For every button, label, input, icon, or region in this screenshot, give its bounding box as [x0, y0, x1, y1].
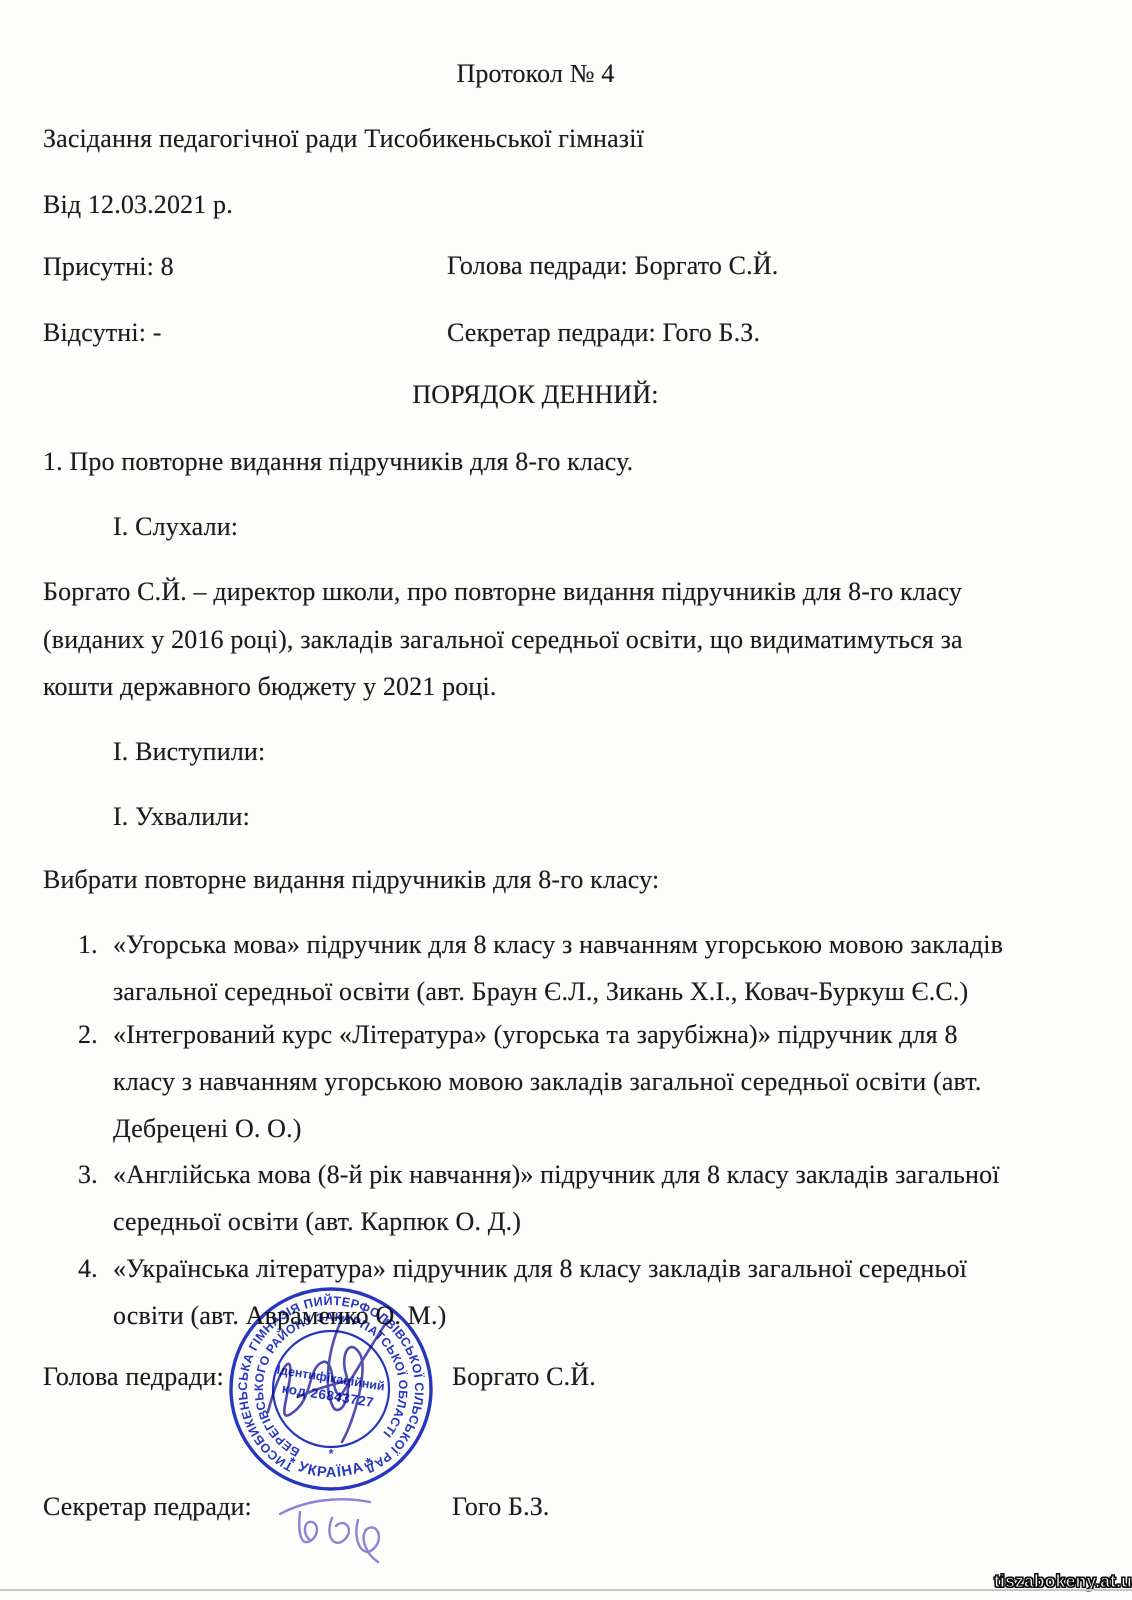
book-3-line-2: середньої освіти (авт. Карпюк О. Д.): [113, 1209, 521, 1235]
document-title: Протокол № 4: [43, 61, 1028, 87]
book-2-number: 2.: [78, 1022, 98, 1048]
secretary-signature: [274, 1484, 399, 1574]
scanned-protocol-page: Протокол № 4 Засідання педагогічної ради…: [0, 0, 1132, 1600]
book-2-line-2: класу з навчанням угорською мовою заклад…: [113, 1069, 982, 1095]
resolved-heading: І. Ухвалили:: [113, 804, 250, 830]
absent-line: Відсутні: -: [43, 320, 162, 346]
book-2-line-3: Дебрецені О. О.): [113, 1116, 302, 1142]
resolution-intro: Вибрати повторне видання підручників для…: [43, 867, 659, 893]
meeting-subtitle: Засідання педагогічної ради Тисобикеньсь…: [43, 126, 644, 152]
agenda-heading: ПОРЯДОК ДЕННИЙ:: [43, 382, 1028, 408]
book-3-number: 3.: [78, 1162, 98, 1188]
date-line: Від 12.03.2021 р.: [43, 192, 233, 218]
scan-edge-line: [0, 1589, 1132, 1591]
book-1-line-1: «Угорська мова» підручник для 8 класу з …: [113, 932, 1003, 958]
heard-paragraph-line-2: (виданих у 2016 році), закладів загально…: [43, 627, 963, 653]
book-2-line-1: «Інтегрований курс «Література» (угорськ…: [113, 1022, 958, 1048]
agenda-item-1: 1. Про повторне видання підручників для …: [43, 449, 633, 475]
heard-heading: І. Слухали:: [113, 514, 238, 540]
book-1-line-2: загальної середньої освіти (авт. Браун Є…: [113, 979, 968, 1005]
chair-line: Голова педради: Боргато С.Й.: [447, 253, 778, 279]
chair-signoff-name: Боргато С.Й.: [452, 1364, 596, 1390]
book-4-line-1: «Українська література» підручник для 8 …: [113, 1256, 967, 1282]
chair-signature: [238, 1302, 418, 1452]
book-3-line-1: «Англійська мова (8-й рік навчання)» під…: [113, 1162, 1000, 1188]
secretary-signoff-label: Секретар педради:: [43, 1494, 252, 1520]
secretary-signoff-name: Гого Б.З.: [452, 1494, 550, 1520]
spoke-heading: І. Виступили:: [113, 739, 265, 765]
book-4-number: 4.: [78, 1256, 98, 1282]
present-line: Присутні: 8: [43, 254, 174, 280]
book-1-number: 1.: [78, 932, 98, 958]
chair-signoff-label: Голова педради:: [43, 1364, 224, 1390]
secretary-line: Секретар педради: Гого Б.З.: [447, 320, 760, 346]
heard-paragraph-line-1: Боргато С.Й. – директор школи, про повто…: [43, 579, 962, 605]
heard-paragraph-line-3: кошти державного бюджету у 2021 році.: [43, 674, 497, 700]
